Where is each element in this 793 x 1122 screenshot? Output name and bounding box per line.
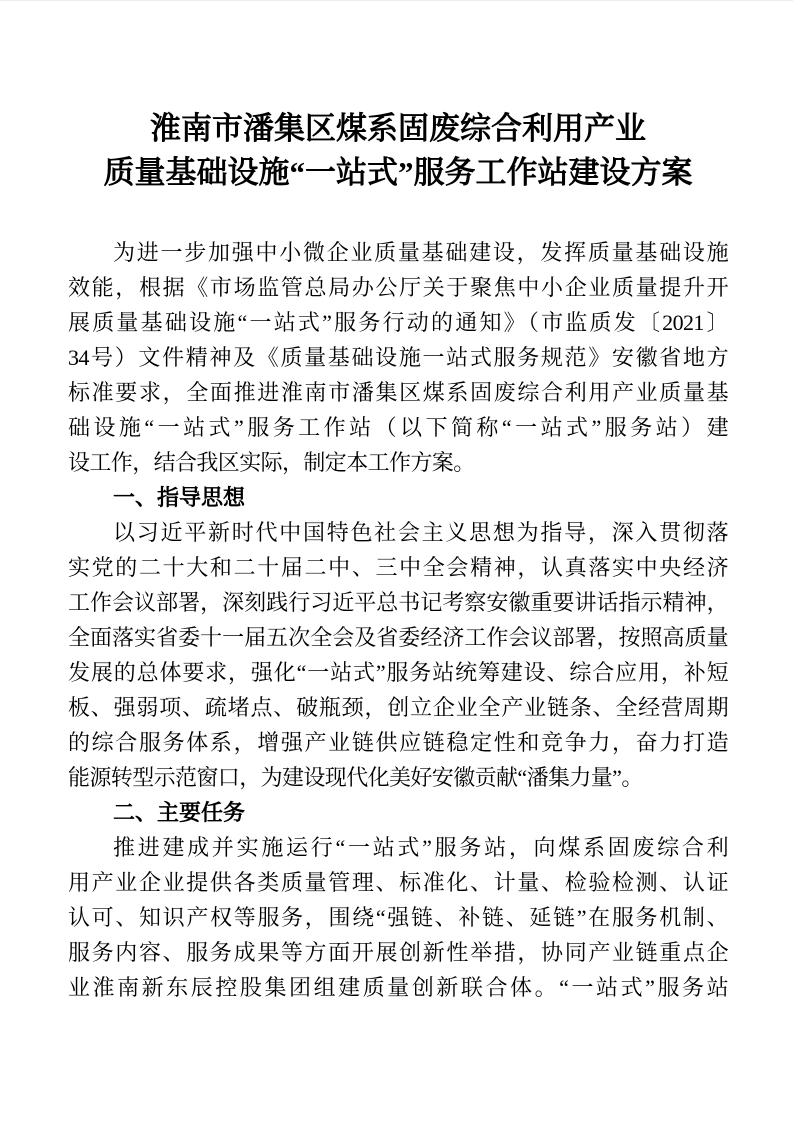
paragraph-guiding-ideology: 以习近平新时代中国特色社会主义思想为指导，深入贯彻落 实党的二十大和二十届二中、… — [68, 515, 728, 795]
body-line: 标准要求，全面推进淮南市潘集区煤系固废综合利用产业质量基 — [68, 375, 728, 410]
body-line: 础设施“一站式”服务工作站（以下简称“一站式”服务站）建 — [68, 410, 728, 445]
body-line: 板、强弱项、疏堵点、破瓶颈，创立企业全产业链条、全经营周期 — [68, 690, 728, 725]
body-line: 展质量基础设施“一站式”服务行动的通知》（市监质发〔2021〕 — [68, 305, 728, 340]
body-line: 以习近平新时代中国特色社会主义思想为指导，深入贯彻落 — [68, 515, 728, 550]
document-title-line-1: 淮南市潘集区煤系固废综合利用产业 — [68, 107, 728, 151]
body-line: 推进建成并实施运行“一站式”服务站，向煤系固废综合利 — [68, 830, 728, 865]
body-line: 设工作，结合我区实际，制定本工作方案。 — [68, 445, 728, 480]
body-line: 全面落实省委十一届五次全会及省委经济工作会议部署，按照高质量 — [68, 620, 728, 655]
document-title: 淮南市潘集区煤系固废综合利用产业 质量基础设施“一站式”服务工作站建设方案 — [68, 107, 728, 195]
body-line: 的综合服务体系，增强产业链供应链稳定性和竞争力，奋力打造 — [68, 725, 728, 760]
body-line: 服务内容、服务成果等方面开展创新性举措，协同产业链重点企 — [68, 935, 728, 970]
document-body: 为进一步加强中小微企业质量基础建设，发挥质量基础设施 效能，根据《市场监管总局办… — [68, 235, 728, 1005]
body-line: 为进一步加强中小微企业质量基础建设，发挥质量基础设施 — [68, 235, 728, 270]
body-line: 发展的总体要求，强化“一站式”服务站统筹建设、综合应用，补短 — [68, 655, 728, 690]
body-line: 认可、知识产权等服务，围绕“强链、补链、延链”在服务机制、 — [68, 900, 728, 935]
body-line: 实党的二十大和二十届二中、三中全会精神，认真落实中央经济 — [68, 550, 728, 585]
body-line: 能源转型示范窗口，为建设现代化美好安徽贡献“潘集力量”。 — [68, 760, 728, 795]
document-title-line-2: 质量基础设施“一站式”服务工作站建设方案 — [68, 151, 728, 195]
body-line: 工作会议部署，深刻践行习近平总书记考察安徽重要讲话指示精神， — [68, 585, 728, 620]
body-line: 业淮南新东辰控股集团组建质量创新联合体。“一站式”服务站 — [68, 970, 728, 1005]
document-page: 淮南市潘集区煤系固废综合利用产业 质量基础设施“一站式”服务工作站建设方案 为进… — [0, 0, 793, 1122]
body-line: 用产业企业提供各类质量管理、标准化、计量、检验检测、认证 — [68, 865, 728, 900]
paragraph-main-tasks: 推进建成并实施运行“一站式”服务站，向煤系固废综合利 用产业企业提供各类质量管理… — [68, 830, 728, 1005]
section-heading-main-tasks: 二、主要任务 — [68, 795, 728, 830]
body-line: 34号）文件精神及《质量基础设施一站式服务规范》安徽省地方 — [68, 340, 728, 375]
paragraph-intro: 为进一步加强中小微企业质量基础建设，发挥质量基础设施 效能，根据《市场监管总局办… — [68, 235, 728, 480]
body-line: 效能，根据《市场监管总局办公厅关于聚焦中小企业质量提升开 — [68, 270, 728, 305]
section-heading-guiding-ideology: 一、指导思想 — [68, 480, 728, 515]
